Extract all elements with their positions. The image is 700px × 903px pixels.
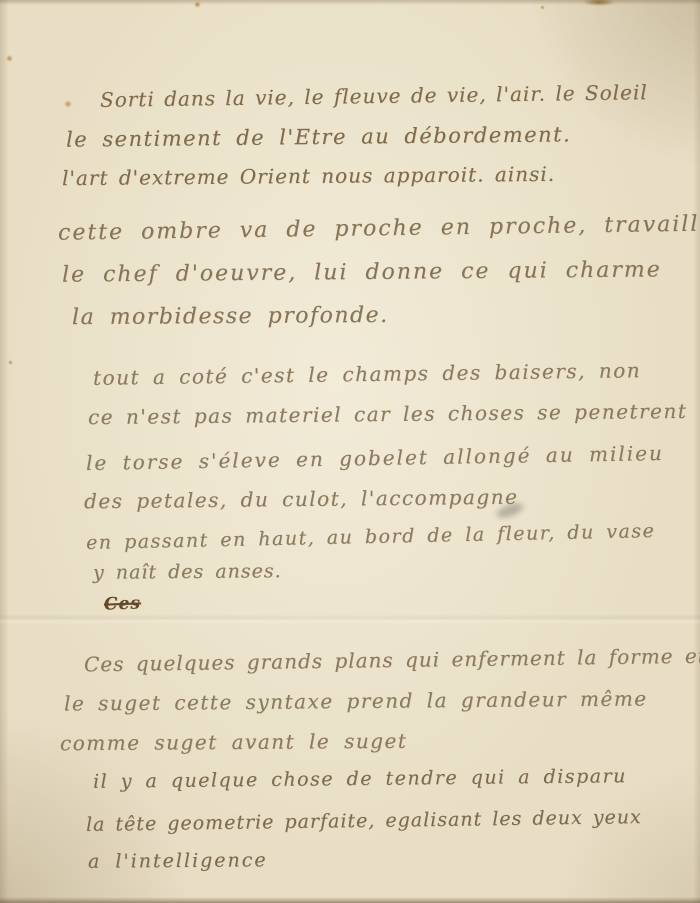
manuscript-line: comme suget avant le suget [60, 729, 408, 755]
manuscript-page: Sorti dans la vie, le fleuve de vie, l'a… [0, 0, 700, 903]
manuscript-line: y naît des anses. [93, 560, 282, 584]
manuscript-line: cette ombre va de proche en proche, trav… [58, 211, 700, 245]
foxing-spot [540, 5, 545, 10]
manuscript-line: le chef d'oeuvre, lui donne ce qui charm… [62, 257, 662, 287]
manuscript-line: la tête geometrie parfaite, egalisant le… [86, 806, 642, 836]
foxing-spot [8, 360, 13, 365]
manuscript-line: le torse s'éleve en gobelet allongé au m… [86, 441, 664, 475]
manuscript-line: le sentiment de l'Etre au débordement. [66, 122, 571, 151]
manuscript-line: ce n'est pas materiel car les choses se … [88, 399, 688, 429]
manuscript-line: Sorti dans la vie, le fleuve de vie, l'a… [100, 80, 648, 112]
ink-stain-top-edge [583, 0, 615, 6]
foxing-spot [6, 55, 13, 62]
manuscript-line: le suget cette syntaxe prend la grandeur… [64, 686, 648, 715]
foxing-spot [64, 100, 72, 108]
manuscript-line: a l'intelligence [88, 849, 268, 873]
manuscript-line: tout a coté c'est le champs des baisers,… [93, 358, 641, 390]
manuscript-line: des petales, du culot, l'accompagne [84, 485, 519, 514]
manuscript-line: la morbidesse profonde. [72, 303, 389, 330]
manuscript-line: Ces quelques grands plans qui enferment … [84, 644, 700, 677]
manuscript-line: en passant en haut, au bord de la fleur,… [86, 520, 656, 554]
struck-out-word: Ces [104, 593, 142, 614]
manuscript-line: l'art d'extreme Orient nous apparoit. ai… [62, 162, 555, 190]
foxing-spot [194, 1, 201, 8]
manuscript-line: il y a quelque chose de tendre qui a dis… [93, 765, 627, 793]
